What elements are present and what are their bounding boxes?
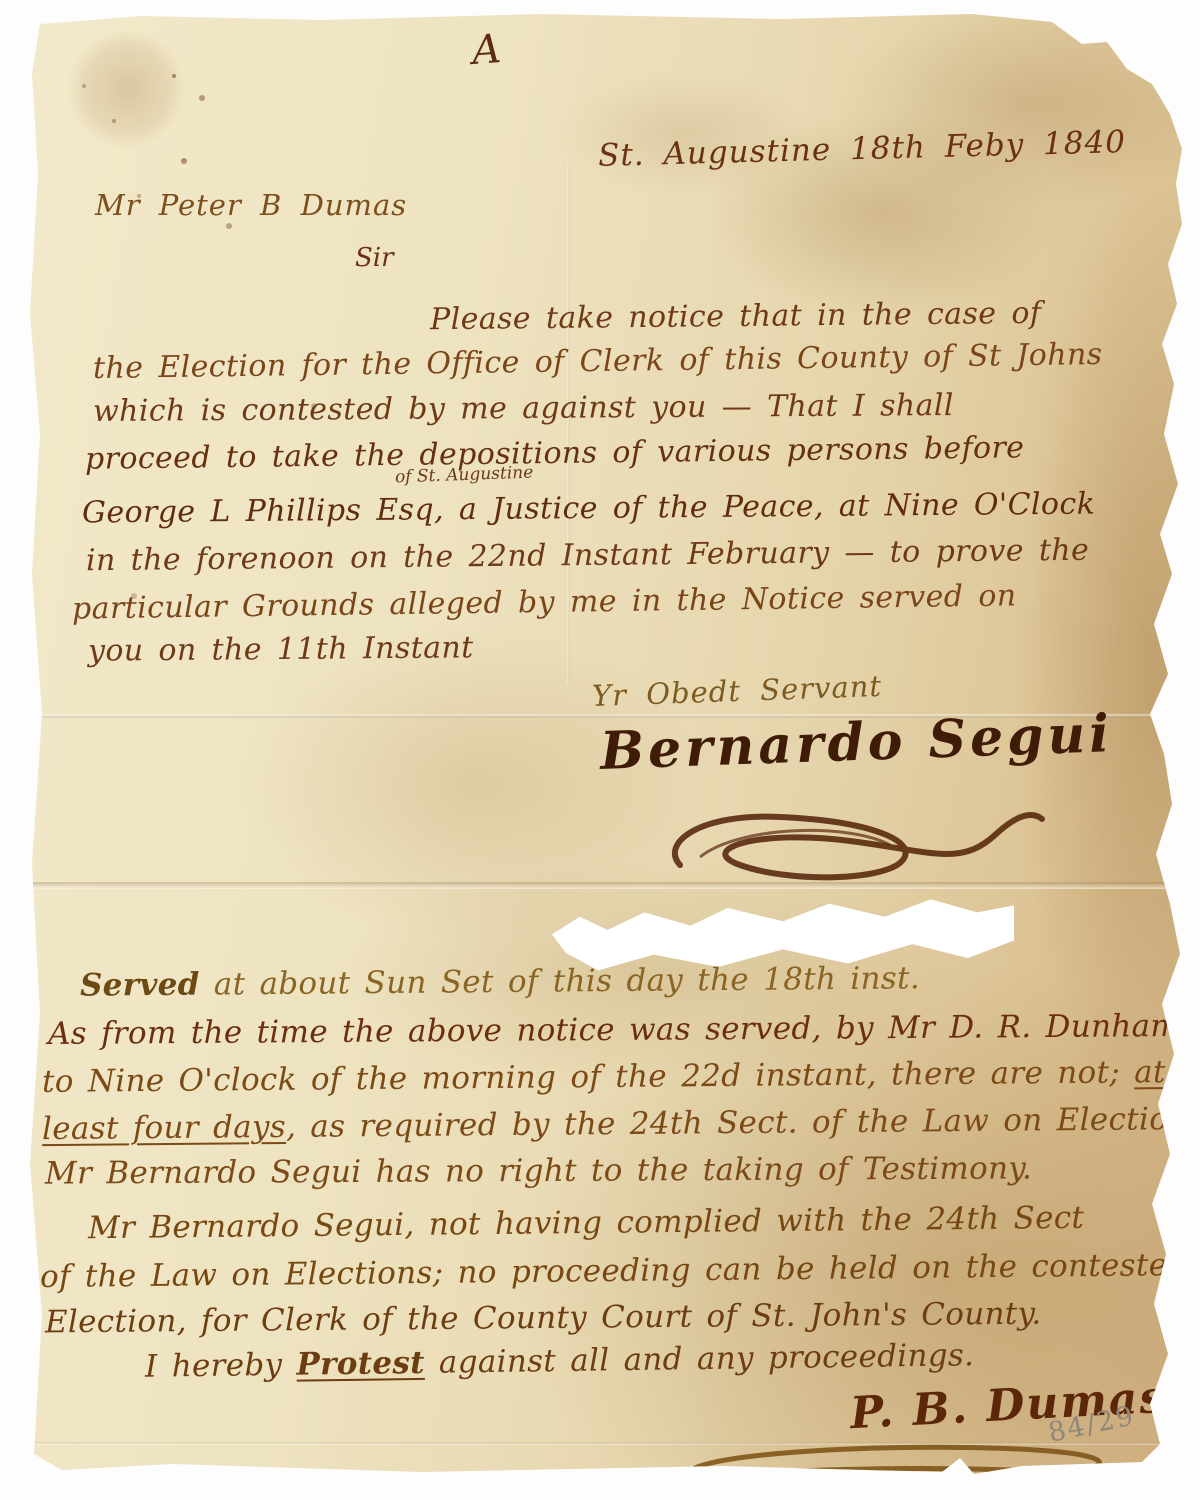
endorsement-line: to Nine O'clock of the morning of the 22…	[42, 1055, 1166, 1099]
endorsement-line: Election, for Clerk of the County Court …	[45, 1297, 1042, 1340]
endorsement-line: As from the time the above notice was se…	[48, 1009, 1180, 1051]
body-line: particular Grounds alleged by me in the …	[72, 579, 1017, 625]
salutation: Sir	[355, 244, 394, 273]
body-line: in the forenoon on the 22nd Instant Febr…	[86, 534, 1089, 578]
signature-flourish	[640, 795, 1060, 905]
line-segment: against all and any proceedings.	[424, 1337, 974, 1381]
underlined-text: Protest	[296, 1345, 425, 1383]
line-segment: , as required by the 24th Sect. of the L…	[286, 1101, 1200, 1145]
endorsement-line: of the Law on Elections; no proceeding c…	[40, 1248, 1188, 1294]
served-word: Served	[80, 967, 200, 1004]
recipient: Mr Peter B Dumas	[95, 190, 407, 222]
dateline: St. Augustine 18th Feby 1840	[598, 125, 1127, 173]
interline-note: of St. Augustine	[395, 464, 534, 488]
protest-line: I hereby Protest against all and any pro…	[145, 1338, 975, 1384]
body-line: proceed to take the depositions of vario…	[85, 431, 1025, 475]
page-letter: A	[471, 27, 503, 73]
body-line: you on the 11th Instant	[88, 631, 474, 667]
segui-signature: Bernardo Segui	[599, 705, 1114, 780]
endorsement-line: Mr Bernardo Segui has no right to the ta…	[45, 1151, 1032, 1190]
body-line: George L Phillips Esq, a Justice of the …	[82, 488, 1095, 530]
letter-page: A St. Augustine 18th Feby 1840 Mr Peter …	[22, 14, 1182, 1476]
body-line: the Election for the Office of Clerk of …	[93, 338, 1103, 385]
endorsement-line: least four days, as required by the 24th…	[42, 1102, 1200, 1146]
endorsement-line: Mr Bernardo Segui, not having complied w…	[88, 1201, 1085, 1246]
closing: Yr Obedt Servant	[592, 671, 883, 713]
line-segment: to Nine O'clock of the morning of the 22…	[42, 1054, 1134, 1100]
served-line: Served at about Sun Set of this day the …	[80, 961, 920, 1002]
scanned-letter-screenshot: A St. Augustine 18th Feby 1840 Mr Peter …	[0, 0, 1200, 1500]
served-rest: at about Sun Set of this day the 18th in…	[200, 960, 921, 1002]
underlined-text: at	[1134, 1054, 1166, 1090]
underlined-text: least four days	[42, 1109, 286, 1147]
ink-specks	[172, 74, 176, 78]
line-segment: I hereby	[145, 1347, 297, 1385]
body-line: which is contested by me against you — T…	[93, 389, 954, 428]
body-line: Please take notice that in the case of	[430, 297, 1042, 336]
